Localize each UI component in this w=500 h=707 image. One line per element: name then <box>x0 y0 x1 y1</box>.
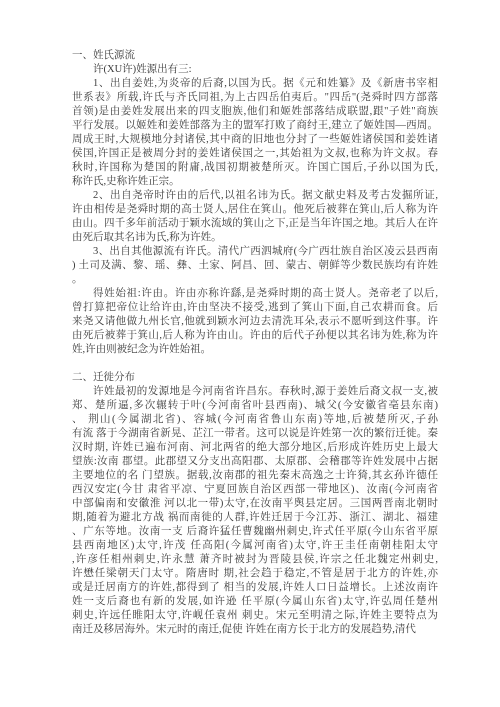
text-line: 姓,许由则被纪念为许姓始祖。 <box>72 343 438 357</box>
text-line: 或是迁居南方的许姓,都得到了 相当的发展,许姓人口日益增长。上述汝南许 <box>72 581 438 595</box>
text-line: 得姓始祖:许由。许由亦称许繇,是尧舜时期的高士贤人。尧帝老了以后, <box>72 287 438 301</box>
text-line: 期,随着为避北方战 祸而南徙的人群,许姓迁居于今江苏、浙江、湖北、福建 <box>72 511 438 525</box>
text-line: 郑、楚所逼,多次辗转于叶(今河南省叶县西南)、城父(今安徽省亳县东南) <box>72 399 438 413</box>
paragraph: 1、出自姜姓,为炎帝的后裔,以国为氏。据《元和姓纂》及《新唐书宰相世系表》所载,… <box>72 77 438 189</box>
text-line: 望族:汝南 郡望。此郡望又分支出高阳郡、太原郡、会稽郡等许姓发展中占据 <box>72 455 438 469</box>
text-line: 、广东等地。汝南一支 后裔许猛任曹魏幽州刺史,许式任平原(今山东省平原 <box>72 525 438 539</box>
text-line: 由死后被葬于箕山,后人称为许由山。许由的后代子孙便以其名讳为姓,称为许 <box>72 329 438 343</box>
text-line: 、 荆山(今属湖北省)、容城(今河南省鲁山东南)等地,后被楚所灭,子孙 <box>72 413 438 427</box>
text-line: 西汉安定(今甘 肃省平凉、宁夏回族自治区西部一带地区)、汝南(今河南省 <box>72 483 438 497</box>
text-line: 姓一支后裔也有新的发展,如许逊 任平原(今属山东省)太守,许弘周任楚州 <box>72 595 438 609</box>
document-content: 一、姓氏源流许(XU许)姓源出有三:1、出自姜姓,为炎帝的后裔,以国为氏。据《元… <box>72 49 438 637</box>
text-line: 刺史,许远任睢阳太守,许岘任袁州 刺史。宋元至明清之际,许姓主要特点为 <box>72 609 438 623</box>
text-line: 侯国,许国正是被周分封的姜姓诸侯国之一,其始祖为文叔,也称为许文叔。春 <box>72 147 438 161</box>
paragraph: 许姓最初的发源地是今河南省许昌东。春秋时,源于姜姓后裔文叔一支,被郑、楚所逼,多… <box>72 385 438 637</box>
text-line: 称许氏,史称许姓正宗。 <box>72 175 438 189</box>
text-line: 曾打算把帝位让给许由,许由坚决不接受,逃到了箕山下面,自己农耕而食。后 <box>72 301 438 315</box>
text-line: 许(XU许)姓源出有三: <box>72 63 438 77</box>
text-line: 有流 落于今湖南省新晃、芷江一带者。这可以说是许姓第一次的繁衍迁徙。秦 <box>72 427 438 441</box>
text-line: 许懋任梁朝天门太守。隋唐时 期,社会趋于稳定,不管是居于北方的许姓,亦 <box>72 567 438 581</box>
text-line: 1、出自姜姓,为炎帝的后裔,以国为氏。据《元和姓纂》及《新唐书宰相 <box>72 77 438 91</box>
text-line: 平行发展。以姬姓和姜姓部落为主的盟军打败了商纣王,建立了姬姓国—西周。 <box>72 119 438 133</box>
text-line: 秋时,许国称为楚国的附庸,战国初期被楚所灭。许国亡国后,子孙以国为氏, <box>72 161 438 175</box>
section-heading: 二、迁徙分布 <box>72 371 438 385</box>
text-line: 县西南地区)太守,许茂 任高阳(今属河南省)太守,许王圭任南朝桂阳太守 <box>72 539 438 553</box>
text-line: 来尧又请他做九州长官,他就到颖水河边去清洗耳朵,表示不愿听到这件事。许 <box>72 315 438 329</box>
text-line: 许由相传是尧舜时期的高士贤人,居住在箕山。他死后被葬在箕山,后人称为许 <box>72 203 438 217</box>
paragraph: 得姓始祖:许由。许由亦称许繇,是尧舜时期的高士贤人。尧帝老了以后,曾打算把帝位让… <box>72 287 438 357</box>
text-line: 3、出自其他源流有许氏。清代广西泗城府(今广西壮族自治区凌云县西南 <box>72 245 438 259</box>
paragraph: 许(XU许)姓源出有三: <box>72 63 438 77</box>
paragraph: 2、出自尧帝时许由的后代,以祖名讳为氏。据文献史料及考古发掘所证,许由相传是尧舜… <box>72 189 438 245</box>
paragraph: 3、出自其他源流有许氏。清代广西泗城府(今广西壮族自治区凌云县西南) 土司及满、… <box>72 245 438 287</box>
text-line: ,许彦任相州刺史,许永慧 萧齐时被封为晋陵县侯,许宗之任北魏定州刺史, <box>72 553 438 567</box>
section-heading: 一、姓氏源流 <box>72 49 438 63</box>
text-line: 许姓最初的发源地是今河南省许昌东。春秋时,源于姜姓后裔文叔一支,被 <box>72 385 438 399</box>
text-line: 汉时期, 许姓已遍布河南、河北两省的绝大部分地区,后形成许姓历史上最大 <box>72 441 438 455</box>
document-page: 一、姓氏源流许(XU许)姓源出有三:1、出自姜姓,为炎帝的后裔,以国为氏。据《元… <box>0 0 500 707</box>
text-line: 。 <box>72 273 438 287</box>
text-line: 南迁及移居海外。宋元时的南迁,促使 许姓在南方长于北方的发展趋势,清代 <box>72 623 438 637</box>
text-line: 周成王时,大规模地分封诸侯,其中商的旧地也分封了一些姬姓诸侯国和姜姓诸 <box>72 133 438 147</box>
text-line: 由死后取其名讳为氏,称为许姓。 <box>72 231 438 245</box>
text-line: 中部偏南和安徽淮 河以北一带)太守,在汝南平舆县定居。三国两晋南北朝时 <box>72 497 438 511</box>
text-line: ) 土司及满、黎、瑶、彝、土家、阿昌、回、蒙古、朝鲜等少数民族均有许姓 <box>72 259 438 273</box>
text-line: 2、出自尧帝时许由的后代,以祖名讳为氏。据文献史料及考古发掘所证, <box>72 189 438 203</box>
section: 二、迁徙分布许姓最初的发源地是今河南省许昌东。春秋时,源于姜姓后裔文叔一支,被郑… <box>72 371 438 637</box>
text-line: 世系表》所载,许氏与齐氏同祖,为上古四岳伯夷后。"四岳"(尧舜时四方部落 <box>72 91 438 105</box>
text-line: 首领)是由姜姓发展出来的四支胞族,他们和姬姓部落结成联盟,跟"子姓"商族 <box>72 105 438 119</box>
text-line: 由山。四千多年前活动于颖水流域的箕山之下,正是当年许国之地。其后人在许 <box>72 217 438 231</box>
section: 一、姓氏源流许(XU许)姓源出有三:1、出自姜姓,为炎帝的后裔,以国为氏。据《元… <box>72 49 438 357</box>
text-line: 主要地位的名 门望族。据载,汝南郡的祖先秦末高逸之士许猗,其玄孙许德任 <box>72 469 438 483</box>
